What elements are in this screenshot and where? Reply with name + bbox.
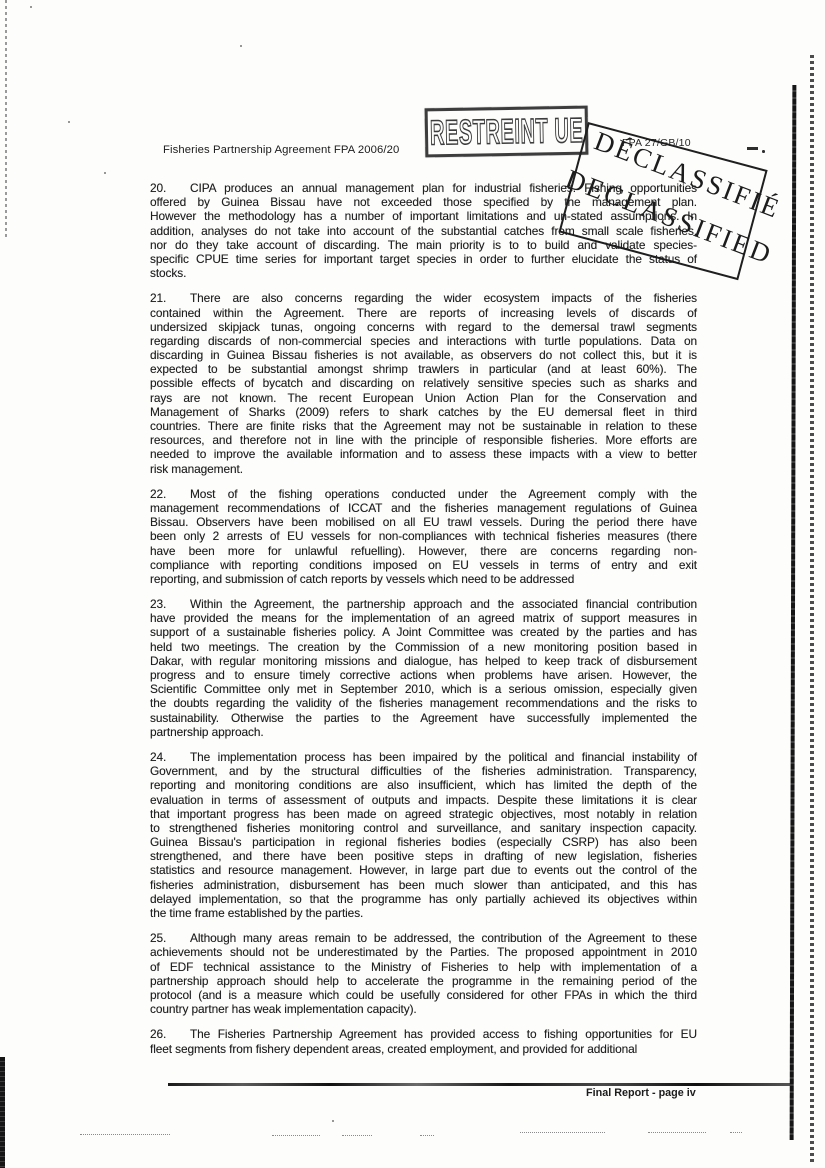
scan-artifact-dash xyxy=(747,147,758,150)
paragraph: 23.Within the Agreement, the partnership… xyxy=(150,597,697,739)
scan-artifact-dot xyxy=(762,150,765,153)
text-line: reporting and monitoring conditions are … xyxy=(150,778,697,792)
text-line: 22.Most of the fishing operations conduc… xyxy=(150,487,697,501)
text-line: specific CPUE time series for important … xyxy=(150,252,697,266)
paragraph-number: 25. xyxy=(150,931,190,945)
text-line: discarding in Guinea Bissau fisheries is… xyxy=(150,348,697,362)
text-line: the time frame established by the partie… xyxy=(150,906,697,920)
text-line: partnership approach should help to acce… xyxy=(150,974,697,988)
text-line: support of a sustainable fisheries polic… xyxy=(150,625,697,639)
text-line: 26.The Fisheries Partnership Agreement h… xyxy=(150,1027,697,1041)
text-line: held two meetings. The creation by the C… xyxy=(150,640,697,654)
text-line: country partner has weak implementation … xyxy=(150,1002,697,1016)
text-line: Guinea Bissau's participation in regiona… xyxy=(150,835,697,849)
text-line: sustainability. Otherwise the parties to… xyxy=(150,711,697,725)
text-line: compliance with reporting conditions imp… xyxy=(150,558,697,572)
paragraph: 22.Most of the fishing operations conduc… xyxy=(150,487,697,586)
text-line: statistics and resource management. Howe… xyxy=(150,863,697,877)
text-line: achievements should not be underestimate… xyxy=(150,945,697,959)
text-line: resources, and therefore not in line wit… xyxy=(150,433,697,447)
text-line: Bissau. Observers have been mobilised on… xyxy=(150,515,697,529)
text-line: rays are not known. The recent European … xyxy=(150,391,697,405)
scan-artifact-dash xyxy=(520,1132,605,1133)
text-line: 23.Within the Agreement, the partnership… xyxy=(150,597,697,611)
text-line: However the methodology has a number of … xyxy=(150,209,697,223)
restreint-ue-stamp: RESTREINT UE xyxy=(425,106,589,158)
text-line: partnership approach. xyxy=(150,725,697,739)
text-line: offered by Guinea Bissau have not exceed… xyxy=(150,195,697,209)
text-line: been only 2 arrests of EU vessels for no… xyxy=(150,529,697,543)
text-line: addition, analyses do not take into acco… xyxy=(150,224,697,238)
scan-artifact-left-dotted-line xyxy=(5,0,7,240)
paragraph-number: 20. xyxy=(150,181,190,195)
text-line: undersized skipjack tunas, ongoing conce… xyxy=(150,320,697,334)
scan-artifact-left-bottom-strip xyxy=(0,1057,5,1168)
text-line: Government, and by the structural diffic… xyxy=(150,764,697,778)
text-line: management recommendations of ICCAT and … xyxy=(150,501,697,515)
scan-artifact-speck xyxy=(104,172,106,174)
footer-rule xyxy=(168,1083,790,1086)
text-line: of EDF technical assistance to the Minis… xyxy=(150,960,697,974)
text-line: fisheries administration, disbursement h… xyxy=(150,878,697,892)
text-line: that important progress has been made on… xyxy=(150,807,697,821)
text-line: risk management. xyxy=(150,462,697,476)
document-body: 20.CIPA produces an annual management pl… xyxy=(150,181,697,1067)
scan-artifact-dash xyxy=(80,1134,170,1135)
scan-artifact-dash xyxy=(272,1135,320,1136)
scan-artifact-speck xyxy=(240,45,242,47)
scan-artifact-speck xyxy=(332,1120,334,1122)
paragraph-number: 23. xyxy=(150,597,190,611)
paragraph: 20.CIPA produces an annual management pl… xyxy=(150,181,697,280)
text-line: protocol (and is a measure which could b… xyxy=(150,988,697,1002)
text-line: reporting, and submission of catch repor… xyxy=(150,572,697,586)
document-header-title: Fisheries Partnership Agreement FPA 2006… xyxy=(163,144,399,156)
paragraph-number: 22. xyxy=(150,487,190,501)
text-line: regarding discards of non-commercial spe… xyxy=(150,334,697,348)
scan-artifact-dash xyxy=(420,1135,434,1136)
text-line: evaluation in terms of assessment of out… xyxy=(150,793,697,807)
text-line: expected to be substantial amongst shrim… xyxy=(150,362,697,376)
paragraph-number: 24. xyxy=(150,750,190,764)
text-line: the doubts regarding the validity of the… xyxy=(150,696,697,710)
paragraph-number: 21. xyxy=(150,291,190,305)
text-line: needed to improve the available informat… xyxy=(150,447,697,461)
text-line: nor do they take account of discarding. … xyxy=(150,238,697,252)
text-line: countries. There are finite risks that t… xyxy=(150,419,697,433)
text-line: to strengthened fisheries monitoring con… xyxy=(150,821,697,835)
footer-page-label: Final Report - page iv xyxy=(586,1087,696,1099)
text-line: progress and to ensure timely corrective… xyxy=(150,668,697,682)
text-line: stocks. xyxy=(150,266,697,280)
scan-artifact-right-dotted-strip xyxy=(810,55,814,1165)
text-line: contained within the Agreement. There ar… xyxy=(150,306,697,320)
text-line: have been more for unlawful refuelling).… xyxy=(150,544,697,558)
paragraph: 21.There are also concerns regarding the… xyxy=(150,291,697,475)
text-line: strengthened, and there have been positi… xyxy=(150,849,697,863)
scan-artifact-dash xyxy=(648,1132,706,1133)
document-page: Fisheries Partnership Agreement FPA 2006… xyxy=(0,0,825,1168)
scan-artifact-dash xyxy=(342,1135,372,1136)
scan-artifact-right-line xyxy=(790,85,796,1140)
text-line: have provided the means for the implemen… xyxy=(150,611,697,625)
text-line: 21.There are also concerns regarding the… xyxy=(150,291,697,305)
scan-artifact-dash xyxy=(730,1132,742,1133)
scan-artifact-speck xyxy=(30,6,32,8)
text-line: 24.The implementation process has been i… xyxy=(150,750,697,764)
text-line: Scientific Committee only met in Septemb… xyxy=(150,682,697,696)
paragraph-number: 26. xyxy=(150,1027,190,1041)
text-line: Dakar, with regular monitoring missions … xyxy=(150,654,697,668)
restreint-ue-stamp-text: RESTREINT UE xyxy=(430,110,584,153)
text-line: 25.Although many areas remain to be addr… xyxy=(150,931,697,945)
text-line: Management of Sharks (2009) refers to sh… xyxy=(150,405,697,419)
paragraph: 26.The Fisheries Partnership Agreement h… xyxy=(150,1027,697,1055)
text-line: fleet segments from fishery dependent ar… xyxy=(150,1042,697,1056)
text-line: 20.CIPA produces an annual management pl… xyxy=(150,181,697,195)
paragraph: 25.Although many areas remain to be addr… xyxy=(150,931,697,1016)
text-line: possible effects of bycatch and discardi… xyxy=(150,376,697,390)
scan-artifact-speck xyxy=(68,121,70,123)
paragraph: 24.The implementation process has been i… xyxy=(150,750,697,920)
text-line: delayed implementation, so that the prog… xyxy=(150,892,697,906)
